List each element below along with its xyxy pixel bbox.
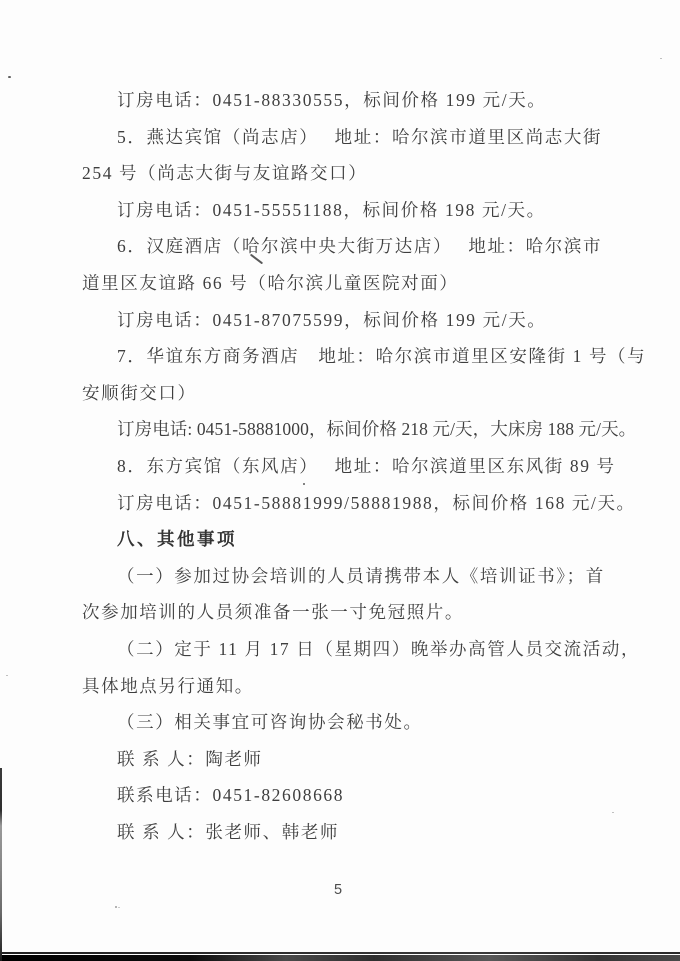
document-body: 订房电话：0451-88330555，标间价格 199 元/天。 5．燕达宾馆（… (82, 82, 618, 850)
text-line-item2-event: （二）定于 11 月 17 日（星期四）晚举办高管人员交流活动， (82, 631, 618, 668)
text-line-booking-phone-hotel4: 订房电话：0451-88330555，标间价格 199 元/天。 (82, 82, 618, 119)
scan-border-bottom-line (0, 952, 680, 954)
text-line-booking-phone-hotel8: 订房电话：0451-58881999/58881988，标间价格 168 元/天… (82, 485, 618, 522)
scan-speck (660, 58, 662, 59)
section-heading-other-matters: 八、其他事项 (82, 521, 618, 558)
text-line-booking-phone-hotel6: 订房电话：0451-87075599，标间价格 199 元/天。 (82, 302, 618, 339)
text-line-contact-person-1: 联 系 人：陶老师 (82, 741, 618, 778)
text-line-item3-secretariat: （三）相关事宜可咨询协会秘书处。 (82, 704, 618, 741)
text-line-hotel8-name-address: 8．东方宾馆（东风店） 地址：哈尔滨道里区东风街 89 号 (82, 448, 618, 485)
scan-speck (6, 675, 8, 676)
text-line-item2-cont: 具体地点另行通知。 (82, 668, 618, 705)
text-line-hotel6-name-address: 6．汉庭酒店（哈尔滨中央大街万达店） 地址：哈尔滨市 (82, 228, 618, 265)
scan-border-left-line (0, 768, 2, 961)
text-line-item1-cont: 次参加培训的人员须准备一张一寸免冠照片。 (82, 594, 618, 631)
text-line-contact-person-2: 联 系 人：张老师、韩老师 (82, 814, 618, 851)
text-line-hotel5-name-address: 5．燕达宾馆（尚志店） 地址：哈尔滨市道里区尚志大街 (82, 119, 618, 156)
scan-speck (612, 812, 614, 813)
scanned-document-page: { "document": { "lines": [ "订房电话：0451-88… (0, 0, 680, 961)
page-number: 5 (328, 882, 348, 898)
text-line-hotel5-address-cont: 254 号（尚志大街与友谊路交口） (82, 155, 618, 192)
text-line-contact-phone: 联系电话：0451-82608668 (82, 777, 618, 814)
text-line-item1-certificate: （一）参加过协会培训的人员请携带本人《培训证书》；首 (82, 558, 618, 595)
scan-speck (8, 76, 11, 78)
text-line-booking-phone-hotel7: 订房电话: 0451-58881000，标间价格 218 元/天，大床房 188… (82, 411, 618, 448)
scan-speck (118, 907, 120, 908)
text-line-hotel7-name-address: 7．华谊东方商务酒店 地址：哈尔滨市道里区安隆街 1 号（与 (82, 338, 618, 375)
scan-border-bottom-band (0, 955, 680, 961)
text-line-booking-phone-hotel5: 订房电话：0451-55551188，标间价格 198 元/天。 (82, 192, 618, 229)
scan-speck (115, 906, 117, 908)
text-line-hotel7-address-cont: 安顺街交口） (82, 375, 618, 412)
scan-speck (303, 483, 305, 485)
text-line-hotel6-address-cont: 道里区友谊路 66 号（哈尔滨儿童医院对面） (82, 265, 618, 302)
